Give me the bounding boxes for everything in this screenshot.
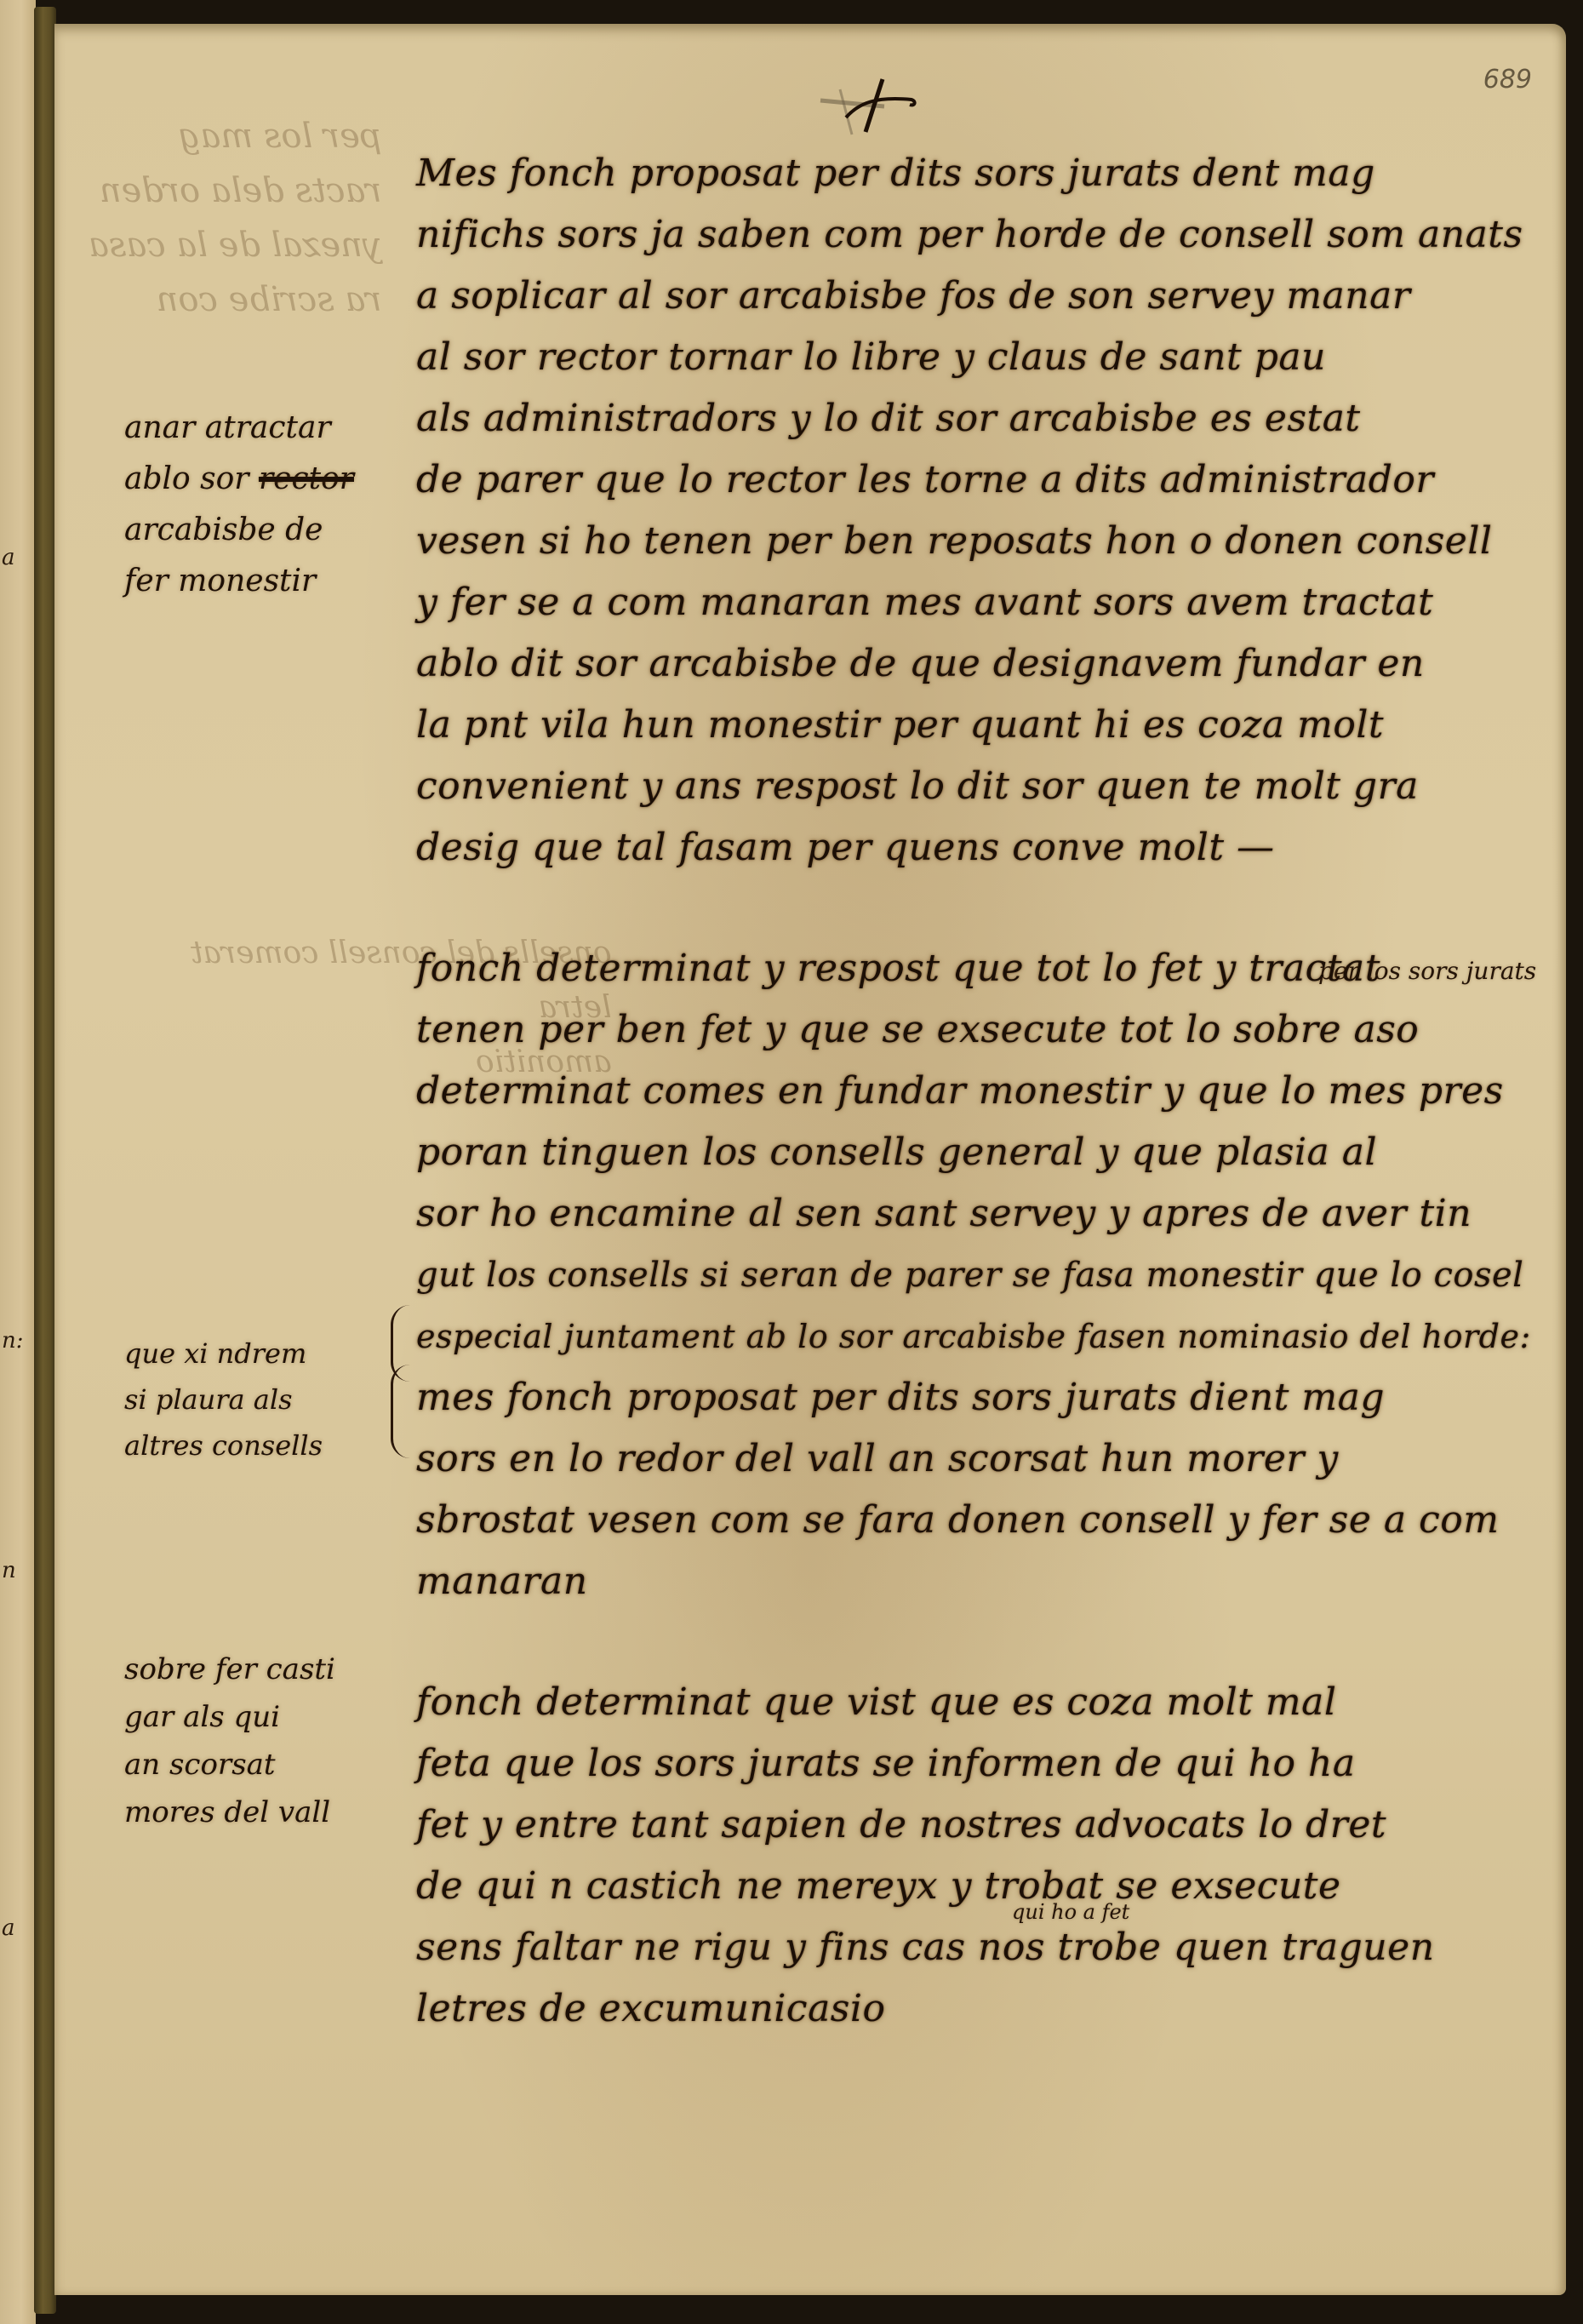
text-line: y fer se a com manaran mes avant sors av… — [416, 572, 1574, 633]
previous-page-fragment: n: — [2, 1328, 24, 1354]
margin-note-line: an scorsat — [124, 1741, 335, 1789]
text-line: fonch determinat y respost que tot lo fe… — [416, 938, 1574, 999]
entry-1: Mes fonch proposat per dits sors jurats … — [416, 143, 1574, 879]
text-line: sor ho encamine al sen sant servey y apr… — [416, 1183, 1574, 1245]
text-line: Mes fonch proposat per dits sors jurats … — [416, 143, 1574, 204]
previous-page-fragment: a — [2, 1915, 15, 1941]
text-line: manaran — [416, 1551, 1574, 1612]
struck-word: rector — [259, 461, 354, 496]
text-line: mes fonch proposat per dits sors jurats … — [416, 1367, 1574, 1428]
margin-note-line: mores del vall — [124, 1789, 335, 1836]
text-line: ablo dit sor arcabisbe de que designavem… — [416, 633, 1574, 695]
margin-note-line: arcabisbe de — [124, 505, 354, 556]
text-line: desig que tal fasam per quens conve molt… — [416, 817, 1574, 879]
margin-note-line: sobre fer casti — [124, 1646, 335, 1693]
folio-number: 689 — [1483, 65, 1532, 94]
paragraph-bracket — [391, 1365, 410, 1458]
text-line: de qui n castich ne mereyx y trobat se e… — [416, 1856, 1574, 1917]
text-line: de parer que lo rector les torne a dits … — [416, 449, 1574, 511]
cross-icon — [816, 71, 918, 139]
text-line: letres de excumunicasio — [416, 1978, 1574, 2040]
previous-page-edge: a n: n a — [0, 0, 36, 2324]
margin-note-2: que xi ndrem si plaura als altres consel… — [124, 1331, 323, 1468]
text-line: fet y entre tant sapien de nostres advoc… — [416, 1795, 1574, 1856]
entry-2: per los sors jurats fonch determinat y r… — [416, 938, 1574, 1367]
margin-note-line: gar als qui — [124, 1693, 335, 1741]
text-line: a soplicar al sor arcabisbe fos de son s… — [416, 266, 1574, 327]
text-line: la pnt vila hun monestir per quant hi es… — [416, 695, 1574, 756]
margin-note-line: anar atractar — [124, 403, 354, 454]
text-line: sens faltar ne rigu y fins cas nos trobe… — [416, 1917, 1574, 1978]
text-line: als administradors y lo dit sor arcabisb… — [416, 388, 1574, 449]
manuscript-page: per los magracts dela ordenynezal de la … — [54, 24, 1566, 2295]
previous-page-fragment: n — [2, 1558, 16, 1583]
entry-4: fonch determinat que vist que es coza mo… — [416, 1672, 1574, 2040]
previous-page-fragment: a — [2, 545, 15, 570]
text-line: sbrostat vesen com se fara donen consell… — [416, 1490, 1574, 1551]
margin-note-line: si plaura als — [124, 1377, 323, 1422]
margin-note-line: altres consells — [124, 1422, 323, 1468]
text-line: al sor rector tornar lo libre y claus de… — [416, 327, 1574, 388]
text-line: feta que los sors jurats se informen de … — [416, 1733, 1574, 1795]
text-line: poran tinguen los consells general y que… — [416, 1122, 1574, 1183]
text-line: fonch determinat que vist que es coza mo… — [416, 1672, 1574, 1733]
margin-note-3: sobre fer casti gar als qui an scorsat m… — [124, 1646, 335, 1836]
bleed-through-text: per los magracts dela ordenynezal de la … — [89, 109, 381, 327]
text-line: vesen si ho tenen per ben reposats hon o… — [416, 511, 1574, 572]
margin-note-line: ablo sor rector — [124, 454, 354, 505]
main-text-block: Mes fonch proposat per dits sors jurats … — [416, 143, 1574, 2040]
text-line: convenient y ans respost lo dit sor quen… — [416, 756, 1574, 817]
text-line: sors en lo redor del vall an scorsat hun… — [416, 1428, 1574, 1490]
text-line: especial juntament ab lo sor arcabisbe f… — [416, 1306, 1574, 1367]
margin-note-line: que xi ndrem — [124, 1331, 323, 1377]
margin-note-line: fer monestir — [124, 556, 354, 607]
text-line: determinat comes en fundar monestir y qu… — [416, 1061, 1574, 1122]
text-line: tenen per ben fet y que se exsecute tot … — [416, 999, 1574, 1061]
binding-gutter — [34, 7, 56, 2314]
text-line: nifichs sors ja saben com per horde de c… — [416, 204, 1574, 266]
entry-3: mes fonch proposat per dits sors jurats … — [416, 1367, 1574, 1612]
text-line: gut los consells si seran de parer se fa… — [416, 1245, 1574, 1306]
margin-note-1: anar atractar ablo sor rector arcabisbe … — [124, 403, 354, 607]
